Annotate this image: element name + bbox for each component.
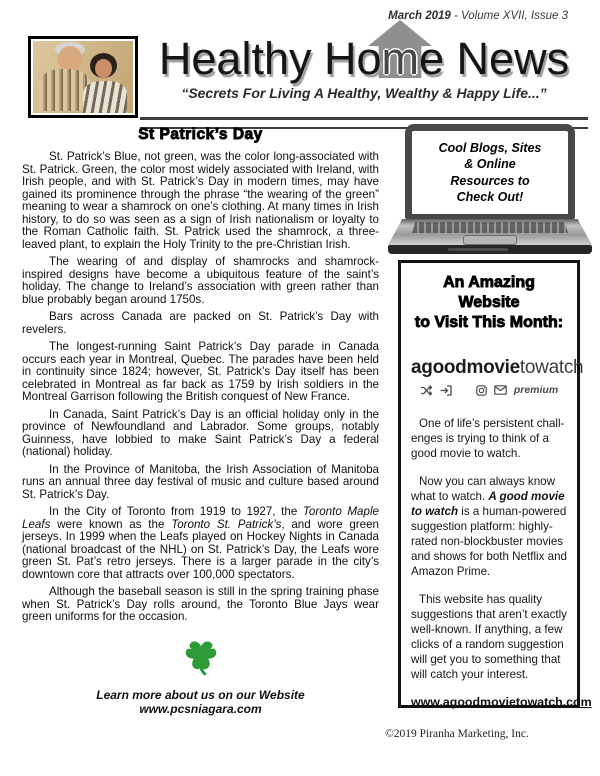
premium-label: premium (514, 384, 558, 396)
laptop-screen-text: Cool Blogs, Sites & Online Resources to … (439, 140, 542, 206)
article-title: St Patrick’s Day (22, 126, 379, 144)
shamrock-icon (22, 631, 379, 683)
article-column: St Patrick’s Day St. Patrick’s Blue, not… (22, 126, 379, 716)
masthead: Healthy Home News “Secrets For Living A … (138, 34, 590, 101)
logo-light-text: towatch (520, 357, 583, 378)
paragraph: In the City of Toronto from 1919 to 1927… (22, 506, 379, 581)
paragraph: This website has quality suggestions tha… (411, 592, 567, 682)
photo-woman-shirt (83, 81, 127, 113)
newsletter-title: Healthy Home News (138, 34, 590, 84)
laptop-base (388, 245, 592, 254)
website-promo-box: An Amazing Website to Visit This Month: … (398, 260, 580, 708)
instagram-icon (476, 385, 487, 396)
laptop-touchpad (463, 235, 517, 245)
laptop-screen: Cool Blogs, Sites & Online Resources to … (405, 124, 575, 219)
shuffle-icon (420, 385, 433, 396)
paragraph: St. Patrick’s Blue, not green, was the c… (22, 151, 379, 251)
copyright: ©2019 Piranha Marketing, Inc. (385, 728, 592, 740)
agoodmovietowatch-logo: agoodmovietowatch (411, 357, 567, 379)
paragraph: One of life’s persistent chall-enges is … (411, 416, 567, 461)
title-m: m (382, 33, 420, 84)
pcsniagara-url[interactable]: www.pcsniagara.com (22, 702, 379, 716)
newsletter-page: March 2019 - Volume XVII, Issue 3 Health… (0, 0, 600, 776)
paragraph: The longest-running Saint Patrick’s Day … (22, 341, 379, 404)
laptop-keyboard (388, 219, 592, 245)
laptop-graphic: Cool Blogs, Sites & Online Resources to … (388, 124, 592, 256)
paragraph: The wearing of and display of shamrocks … (22, 256, 379, 306)
photo-woman-face (95, 59, 112, 78)
logo-bold-text: agoodmovie (411, 357, 520, 378)
article-body: St. Patrick’s Blue, not green, was the c… (22, 151, 379, 624)
couple-photo (28, 36, 138, 118)
paragraph: Although the baseball season is still in… (22, 586, 379, 624)
sidebar-column: Cool Blogs, Sites & Online Resources to … (388, 124, 592, 740)
website-promo: Learn more about us on our Website www.p… (22, 688, 379, 716)
laptop-keys (412, 222, 568, 233)
tagline: “Secrets For Living A Healthy, Wealthy &… (138, 85, 590, 101)
couple-photo-image (33, 41, 133, 113)
paragraph: Now you can always know what to watch. A… (411, 474, 567, 579)
promo-heading: An Amazing Website to Visit This Month: (411, 273, 567, 333)
logo-icon-row: premium (411, 384, 567, 396)
paragraph: In Canada, Saint Patrick’s Day is an off… (22, 409, 379, 459)
agoodmovietowatch-url[interactable]: www.agoodmovietowatch.com (411, 695, 567, 709)
title-post: e News (419, 33, 569, 84)
promo-body: One of life’s persistent chall-enges is … (411, 416, 567, 682)
sign-in-icon (440, 385, 452, 396)
learn-more-text: Learn more about us on our Website (22, 688, 379, 702)
paragraph: Bars across Canada are packed on St. Pat… (22, 311, 379, 336)
mail-icon (494, 385, 507, 395)
issue-info: - Volume XVII, Issue 3 (451, 10, 568, 22)
title-pre: Healthy Ho (159, 33, 382, 84)
paragraph: In the Province of Manitoba, the Irish A… (22, 464, 379, 502)
